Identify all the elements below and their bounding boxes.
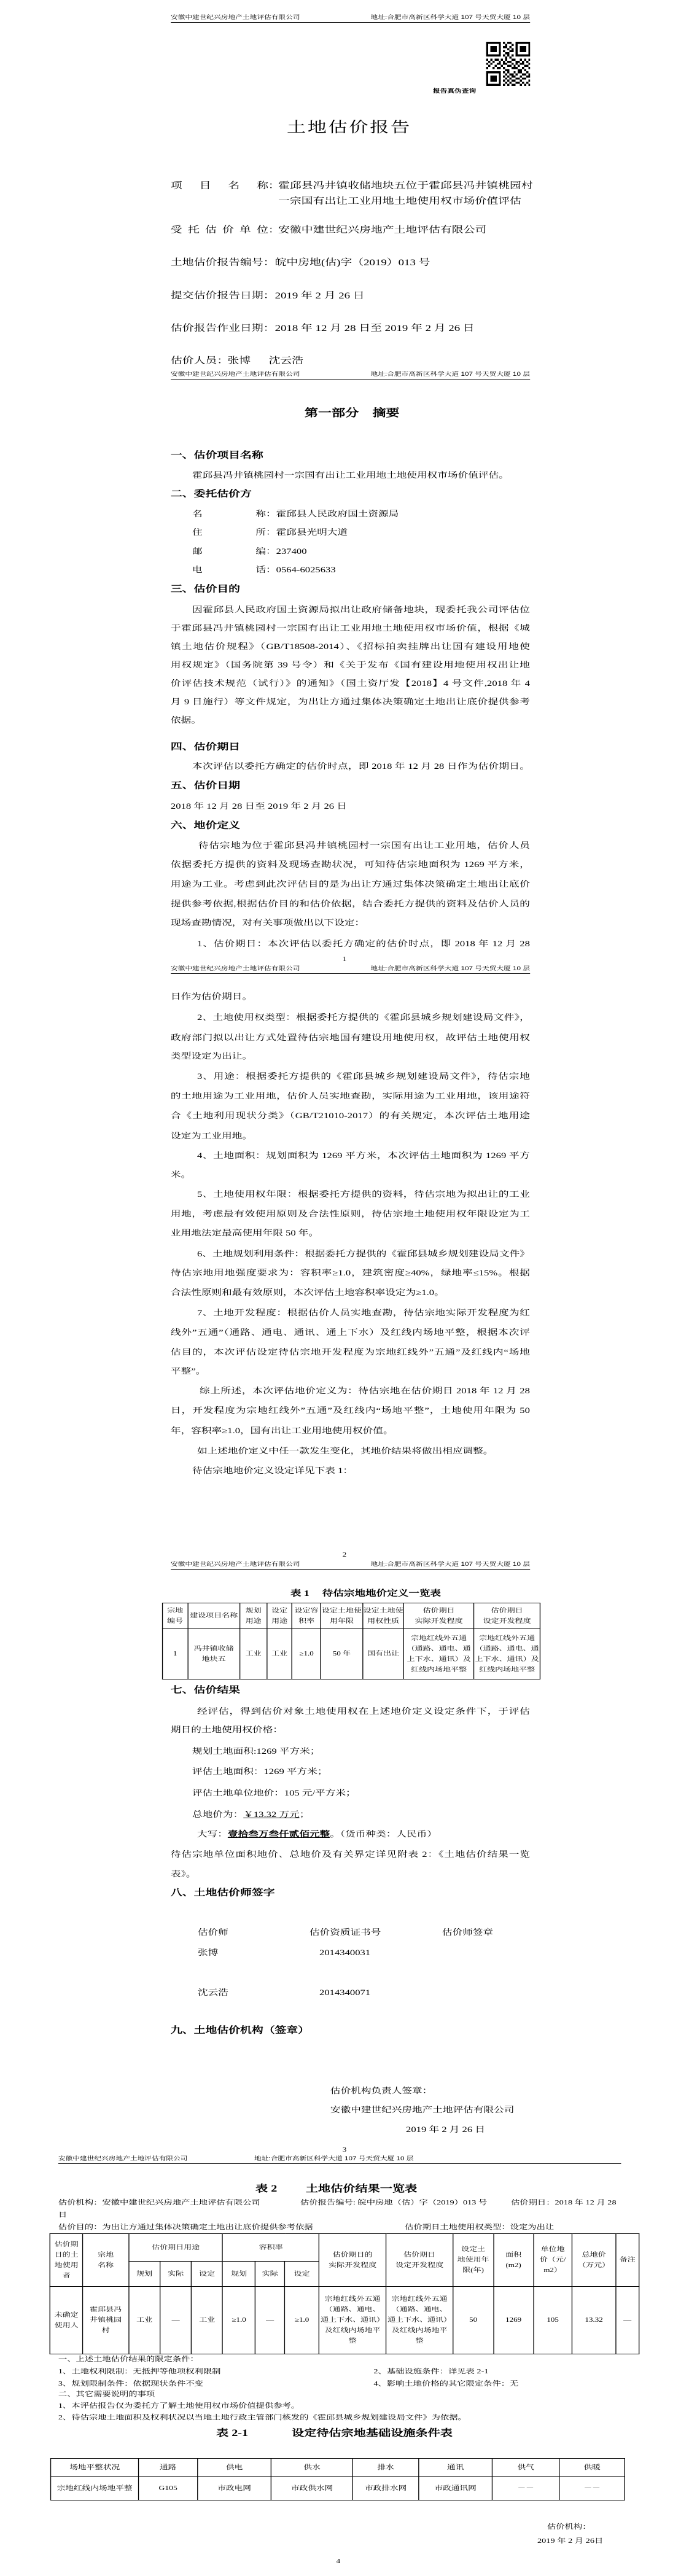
list-item-line: 业用地法定最高使用年限 50 年。 <box>171 1227 319 1239</box>
client-field-label: 住所 <box>192 526 266 539</box>
page-header: 安徽中建世纪兴房地产土地评估有限公司 地址:合肥市高新区科学大道 107 号天贸… <box>171 1560 530 1570</box>
notes-heading: 一、上述土地估价结果的限定条件： <box>58 2354 199 2365</box>
table2-1-header-cell: 通路 <box>139 2459 198 2477</box>
project-name-value-line: 霍邱县冯井镇收储地块五位于霍邱县冯井镇桃园村 <box>278 179 533 193</box>
table2-date: 估价期日：2018 年 12 月 28 <box>511 2197 617 2208</box>
table1-header-cell: 设定 用途 <box>267 1603 292 1629</box>
table2-subheader-cell: 实际 <box>160 2262 192 2287</box>
list-item-line: 估目的，本次评估设定待估宗地开发程度为宗地红线外”五通”及红线内“场地 <box>171 1346 530 1358</box>
table2-1-header-cell: 供气 <box>492 2459 559 2477</box>
table1: 宗地 编号 建设项目名称 规划 用途 设定 用途 设定容 积率 设定土地使 用年… <box>162 1603 540 1679</box>
planned-area: 规划土地面积:1269 平方米； <box>192 1745 320 1757</box>
client-field-value: 237400 <box>276 547 307 556</box>
list-item-line: 待估宗地用地强度要求为：容积率≥1.0，建筑密度≥40%，绿地率≤15%。根据 <box>171 1267 530 1279</box>
table2-cell: 宗地红线外五通 （通路、通电、 通上下水、通讯） 及红线内场地平 整 <box>386 2287 453 2354</box>
paragraph-line: 待估宗地地价定义设定详见下表 1： <box>192 1465 353 1477</box>
entrusted-unit-value: 安徽中建世纪兴房地产土地评估有限公司 <box>278 224 486 237</box>
paragraph-line: 2018 年 12 月 28 日至 2019 年 2 月 26 日 <box>171 800 347 812</box>
table2-1-cell: 宗地红线内场地平整 <box>51 2477 139 2500</box>
paragraph-line: 待估宗地单位面积地价、总地价及有关界定详见附表 2：《土地估价结果一览 <box>171 1848 530 1861</box>
table2-title: 土地估价结果一览表 <box>306 2182 417 2196</box>
table2-subheader-cell: 设定 <box>192 2262 223 2287</box>
list-item-line: 6、土地规划利用条件：根据委托方提供的《霍邱县城乡规划建设局文件》 <box>197 1248 530 1260</box>
signature-column-header: 估价师签章 <box>442 1926 493 1939</box>
list-item-line: 1、估价期日：本次评估以委托方确定的估价时点，即 2018 年 12 月 28 <box>197 938 530 950</box>
table2-cell: 13.32 <box>572 2287 616 2354</box>
qr-code-icon <box>486 42 530 86</box>
table2-org: 估价机构：安徽中建世纪兴房地产土地评估有限公司 <box>58 2197 260 2208</box>
notes-heading: 二、其它需要说明的事项 <box>58 2389 155 2400</box>
table1-header-cell: 建设项目名称 <box>188 1603 240 1629</box>
list-item-line: 5、土地使用权年限：根据委托方提供的资料，待估宗地为拟出让的工业 <box>197 1188 530 1200</box>
list-item-line: 类型设定为出让。 <box>171 1050 252 1062</box>
header-address: 地址:合肥市高新区科学大道 107 号天贸大厦 10 层 <box>371 370 530 378</box>
colon: ： <box>266 510 276 518</box>
capital-label: 大写： <box>197 1830 228 1839</box>
paragraph-line: 镇土地估价规程》（GB/T18508-2014）、《招标拍卖挂牌出让国有建设用地… <box>171 640 530 653</box>
table1-label: 表 1 <box>290 1587 309 1600</box>
table2-cell: 工业 <box>129 2287 160 2354</box>
table1-cell: 国有出让 <box>363 1629 404 1679</box>
table2-1-label: 表 2-1 <box>216 2427 248 2440</box>
table2-header-cell: 面积 (m2) <box>494 2234 534 2287</box>
client-row: 电话：0564-6025633 <box>192 564 336 576</box>
report-document: 安徽中建世纪兴房地产土地评估有限公司 地址:合肥市高新区科学大道 107 号天贸… <box>0 0 689 2576</box>
restriction-item: 3、规划限制条件：依据现状条件不变 <box>58 2378 203 2389</box>
table2-cell: ≥1.0 <box>285 2287 319 2354</box>
table2-right-type: 估价期日土地使用权类型：设定为出让 <box>405 2222 554 2233</box>
qr-caption: 报告真伪查询 <box>433 87 476 95</box>
submit-date-value: 2019 年 2 月 26 日 <box>275 291 365 301</box>
colon: ： <box>266 528 276 537</box>
list-item-line: 的土地用途为工业用地，估价人员实地查勘，实际用途为工业用地，该用途符 <box>171 1090 530 1102</box>
list-item-line: 合《土地利用现状分类》（GB/T21010-2017）的有关规定，本次评估土地用… <box>171 1110 530 1122</box>
list-item-line: 合法性原则和最有效原则，本次评估土地容积率设定为≥1.0。 <box>171 1286 445 1299</box>
client-field-value: 霍邱县光明大道 <box>276 528 348 537</box>
client-row: 名称：霍邱县人民政府国土资源局 <box>192 508 399 520</box>
table1-title: 待估宗地地价定义一览表 <box>322 1587 441 1600</box>
page-header: 安徽中建世纪兴房地产土地评估有限公司 地址:合肥市高新区科学大道 107 号天贸… <box>58 2155 621 2164</box>
page-number: 2 <box>329 1551 360 1560</box>
header-company: 安徽中建世纪兴房地产土地评估有限公司 <box>58 2155 188 2163</box>
client-field-value: 霍邱县人民政府国土资源局 <box>276 510 399 518</box>
cover-entrusted-unit: 受托估价单位： <box>171 224 280 237</box>
table2-1-header-row: 场地平整状况 通路 供电 供水 排水 通讯 供气 供暖 <box>51 2459 625 2477</box>
table2-cell: — <box>255 2287 285 2354</box>
table2-cell: 霍邱县冯 井镇桃园 村 <box>83 2287 129 2354</box>
table2-1-cell: 市政排水网 <box>353 2477 419 2500</box>
sign-date: 2019 年 2 月 26 日 <box>406 2123 485 2136</box>
client-field-label: 邮编 <box>192 545 266 558</box>
paragraph-line: 现场查勘情况，对有关事项做出以下设定： <box>171 917 365 929</box>
total-price-value: ￥13.32 万元 <box>243 1810 300 1819</box>
list-item-line: 3、用途：根据委托方提供的《霍邱县城乡规划建设局文件》，待估宗地 <box>197 1070 530 1083</box>
restriction-item: 1、土地权利限制：无抵押等他项权利限制 <box>58 2366 221 2377</box>
table1-header-cell: 设定土地使 用权性质 <box>363 1603 404 1629</box>
section-heading: 二、委托估价方 <box>171 488 252 501</box>
closing-org-label: 估价机构： <box>547 2521 591 2532</box>
work-period-value: 2018 年 12 月 28 日至 2019 年 2 月 26 日 <box>275 324 475 333</box>
table2-1-header-cell: 排水 <box>353 2459 419 2477</box>
paragraph-line: 依据。 <box>171 714 201 726</box>
table2-1-header-cell: 通讯 <box>419 2459 492 2477</box>
table2-header-cell: 设定土 地使用年 限(年) <box>453 2234 494 2287</box>
table2-cell: 宗地红线外五通 （通路、通电、 通上下水、通讯） 及红线内场地平 整 <box>319 2287 386 2354</box>
table2-subheader-cell: 设定 <box>285 2262 319 2287</box>
page-number: 1 <box>329 955 360 965</box>
restriction-item: 2、基础设施条件：详见表 2-1 <box>373 2366 488 2377</box>
table2-1-cell: －－ <box>559 2477 625 2500</box>
list-item-line: 日作为估价期日。 <box>171 990 252 1003</box>
table2-subheader-cell: 规划 <box>223 2262 255 2287</box>
table2-1: 场地平整状况 通路 供电 供水 排水 通讯 供气 供暖 宗地红线内场地平整 G1… <box>50 2458 625 2500</box>
page-number: 4 <box>322 2557 354 2567</box>
list-item-line: 用地，考虑最有效使用原则及合法性原则，待估宗地土地使用权年限设定为工 <box>171 1208 530 1220</box>
paragraph-line: 年，容积率≥1.0，国有出让工业用地使用权价值。 <box>171 1425 394 1437</box>
header-company: 安徽中建世纪兴房地产土地评估有限公司 <box>171 965 300 973</box>
paragraph-line: 因霍邱县人民政府国土资源局拟出让政府储备地块，现委托我公司评估位 <box>192 604 530 616</box>
table2-cell: 工业 <box>192 2287 223 2354</box>
paragraph-line: 用途为工业。考虑到此次评估目的是为出让方通过集体决策确定土地出让底价 <box>171 878 530 890</box>
table1-cell: 冯井镇收储 地块五 <box>188 1629 240 1679</box>
table1-header-cell: 估价期日 设定开发程度 <box>474 1603 540 1629</box>
cover-appraiser-name: 张博 <box>228 354 251 368</box>
signature-column-header: 估价师 <box>198 1926 228 1939</box>
table2-header-cell: 估价期 日的土 地使用 者 <box>50 2234 83 2287</box>
total-price-suffix: ； <box>300 1810 310 1819</box>
cover-project-name: 项目名称： <box>171 179 280 193</box>
header-address: 地址:合肥市高新区科学大道 107 号天贸大厦 10 层 <box>371 1560 530 1568</box>
list-item-line: 米。 <box>171 1169 191 1181</box>
paragraph-line: 期日的土地使用权价格： <box>171 1724 283 1736</box>
list-item-line: 设定为工业用地。 <box>171 1130 252 1142</box>
total-price: 总地价为：￥13.32 万元； <box>192 1808 309 1821</box>
table2-header-cell: 估价期日 设定开发程度 <box>386 2234 453 2287</box>
table2-1-header-cell: 供暖 <box>559 2459 625 2477</box>
header-company: 安徽中建世纪兴房地产土地评估有限公司 <box>171 1560 300 1568</box>
colon: ： <box>266 566 276 574</box>
table1-cell: ≥1.0 <box>292 1629 321 1679</box>
closing-date: 2019 年 2 月 26日 <box>537 2535 603 2547</box>
part-title: 第一部分 摘要 <box>305 406 400 421</box>
appraised-area: 评估土地面积：1269 平方米； <box>192 1765 327 1778</box>
list-item-line: 4、土地面积：规划面积为 1269 平方米，本次评估土地面积为 1269 平方 <box>197 1150 530 1162</box>
table2-1-header-cell: 场地平整状况 <box>51 2459 139 2477</box>
table2-header-cell: 备注 <box>616 2234 639 2287</box>
section-heading: 四、估价期日 <box>171 741 240 754</box>
other-note-item: 1、本评估报告仅为委托方了解土地使用权市场价值提供参考。 <box>58 2400 300 2411</box>
section-heading: 七、估价结果 <box>171 1684 240 1697</box>
cover-work-period: 估价报告作业日期：2018 年 12 月 28 日至 2019 年 2 月 26… <box>171 322 475 335</box>
table1-cell: 宗地红线外五通 （通路、通电、通 上下水、通讯）及 红线内场地平整 <box>474 1629 540 1679</box>
table1-cell: 宗地红线外五通 （通路、通电、通 上下水、通讯）及 红线内场地平整 <box>404 1629 474 1679</box>
section-heading: 八、土地估价师签字 <box>171 1886 275 1900</box>
section-heading: 一、估价项目名称 <box>171 449 263 462</box>
sign-org: 安徽中建世纪兴房地产土地评估有限公司 <box>330 2104 514 2116</box>
paragraph-line: 表》。 <box>171 1868 197 1880</box>
submit-date-label: 提交估价报告日期： <box>171 291 275 301</box>
paragraph-line: 提供参考依据,根据估价目的和估价依据，结合委托方提供的资料及估价人员的 <box>171 898 530 910</box>
table2-cell: 1269 <box>494 2287 534 2354</box>
header-company: 安徽中建世纪兴房地产土地评估有限公司 <box>171 370 300 378</box>
project-name-value-line: 一宗国有出让工业用地土地使用权市场价值评估 <box>278 195 521 208</box>
table1-cell: 50 年 <box>321 1629 363 1679</box>
client-row: 邮编：237400 <box>192 545 307 558</box>
table2-1-cell: －－ <box>492 2477 559 2500</box>
paragraph-line: 价评估技术规范（试行）》的通知》（国土资厅发【2018】4 号文件,2018 年… <box>171 677 530 690</box>
colon: ： <box>266 547 276 556</box>
client-field-label: 电话 <box>192 564 266 576</box>
appraiser-cert-no: 2014340071 <box>319 1986 370 1999</box>
table2-1-cell: 市政通讯网 <box>419 2477 492 2500</box>
table1-header-cell: 规划 用途 <box>240 1603 267 1629</box>
unit-price: 评估土地单位地价：105 元/平方米； <box>192 1787 356 1799</box>
page-header: 安徽中建世纪兴房地产土地评估有限公司 地址:合肥市高新区科学大道 107 号天贸… <box>171 14 530 23</box>
total-price-capital: 大写：壹拾叁万叁仟贰佰元整。（货币种类：人民币） <box>197 1828 437 1840</box>
paragraph-line: 如上述地价定义中任一款发生变化，其地价结果将做出相应调整。 <box>197 1445 493 1457</box>
report-no-label: 土地估价报告编号： <box>171 258 275 268</box>
sign-label: 估价机构负责人签章： <box>330 2085 432 2097</box>
other-note-item: 2、待估宗地土地面积及权利状况以当地土地行政主管部门核发的《霍邱县城乡规划建设局… <box>58 2412 467 2423</box>
header-address: 地址:合肥市高新区科学大道 107 号天贸大厦 10 层 <box>371 965 530 973</box>
table2-row: 未确定 使用人 霍邱县冯 井镇桃园 村 工业 — 工业 ≥1.0 — ≥1.0 … <box>50 2287 639 2354</box>
client-row: 住所：霍邱县光明大道 <box>192 526 348 539</box>
paragraph-line: 经评估，得到估价对象土地使用权在上述地价定义设定条件下，于评估 <box>197 1705 530 1718</box>
table2: 估价期 日的土 地使用 者 宗地 名称 估价期日用途 容积率 估价期日的 实际开… <box>50 2233 639 2354</box>
table2-date-wrap: 日 <box>58 2209 67 2220</box>
table2-1-cell: 市政供水网 <box>271 2477 353 2500</box>
table1-header-cell: 宗地 编号 <box>163 1603 188 1629</box>
table2-header-group: 容积率 <box>223 2234 319 2262</box>
appraiser-name: 沈云浩 <box>198 1986 228 1999</box>
report-title: 土地估价报告 <box>287 118 411 138</box>
section-heading: 六、地价定义 <box>171 819 240 833</box>
table2-1-header-cell: 供电 <box>198 2459 271 2477</box>
work-period-label: 估价报告作业日期： <box>171 324 275 333</box>
capital-suffix: 。（货币种类：人民币） <box>330 1830 437 1839</box>
paragraph-line: 月 9 日施行）等文件规定，为出让方通过集体决策确定土地出让底价提供参考 <box>171 696 530 708</box>
table2-header-cell: 估价期日的 实际开发程度 <box>319 2234 386 2287</box>
section-heading: 九、土地估价机构（签章） <box>171 2024 309 2037</box>
table2-header-group: 估价期日用途 <box>129 2234 223 2262</box>
table2-subheader-cell: 规划 <box>129 2262 160 2287</box>
capital-value: 壹拾叁万叁仟贰佰元整 <box>228 1830 330 1839</box>
list-item-line: 政府部门拟以出让方式处置待估宗地国有建设用地使用权，故评估土地使用权 <box>171 1032 530 1044</box>
entrusted-unit-label: 受托估价单位 <box>171 224 268 237</box>
header-address: 地址:合肥市高新区科学大道 107 号天贸大厦 10 层 <box>254 2155 413 2163</box>
cover-appraiser-name: 沈云浩 <box>268 354 303 368</box>
table2-header-row: 估价期 日的土 地使用 者 宗地 名称 估价期日用途 容积率 估价期日的 实际开… <box>50 2234 639 2262</box>
table1-row: 1 冯井镇收储 地块五 工业 工业 ≥1.0 50 年 国有出让 宗地红线外五通… <box>163 1629 540 1679</box>
table2-cell: 50 <box>453 2287 494 2354</box>
table2-cell: — <box>616 2287 639 2354</box>
appraiser-name: 张博 <box>198 1947 218 1959</box>
appraiser-cert-no: 2014340031 <box>319 1947 370 1959</box>
table1-cell: 工业 <box>240 1629 267 1679</box>
table2-subheader-cell: 实际 <box>255 2262 285 2287</box>
paragraph-line: 用权规定》（国务院第 39 号令）和《关于发布《国有建设用地使用权出让地 <box>171 659 530 671</box>
list-item-line: 7、土地开发程度：根据估价人员实地查勘，待估宗地实际开发程度为红 <box>197 1307 530 1319</box>
page-header: 安徽中建世纪兴房地产土地评估有限公司 地址:合肥市高新区科学大道 107 号天贸… <box>171 965 530 974</box>
cover-report-no: 土地估价报告编号：皖中房地(估)字（2019）013 号 <box>171 256 430 270</box>
paragraph-line: 本次评估以委托方确定的估价时点，即 2018 年 12 月 28 日作为估价期日… <box>192 760 530 772</box>
signature-column-header: 估价资质证书号 <box>309 1926 381 1939</box>
table1-header-cell: 估价期日 实际开发程度 <box>404 1603 474 1629</box>
restriction-item: 4、影响土地价格的其它限定条件：无 <box>373 2378 518 2389</box>
paragraph-line: 依据委托方提供的资料及现场查勘状况，可知待估宗地面积为 1269 平方米， <box>171 858 530 871</box>
section-heading: 三、估价目的 <box>171 583 240 596</box>
project-name-label: 项目名称 <box>171 179 268 193</box>
paragraph-line: 日，开发程度为宗地红线外”五通”及红线内“场地平整”，土地使用年限为 50 <box>171 1404 530 1417</box>
paragraph-line: 霍邱县冯井镇桃园村一宗国有出让工业用地土地使用权市场价值评估。 <box>192 469 509 481</box>
cover-submit-date: 提交估价报告日期：2019 年 2 月 26 日 <box>171 289 365 303</box>
table2-1-cell: G105 <box>139 2477 198 2500</box>
total-price-label: 总地价为： <box>192 1810 243 1819</box>
cover-appraisers-label: 估价人员： <box>171 354 228 368</box>
table1-cell: 1 <box>163 1629 188 1679</box>
table2-1-title: 设定待估宗地基础设施条件表 <box>292 2427 453 2440</box>
report-no-value: 皖中房地(估)字（2019）013 号 <box>275 258 430 268</box>
client-field-value: 0564-6025633 <box>276 566 336 574</box>
table2-1-header-cell: 供水 <box>271 2459 353 2477</box>
page-number: 3 <box>329 2146 360 2155</box>
table1-header-cell: 设定土地使 用年限 <box>321 1603 363 1629</box>
table2-cell: 未确定 使用人 <box>50 2287 83 2354</box>
table2-purpose: 估价目的：为出让方通过集体决策确定土地出让底价提供参考依据 <box>58 2222 313 2233</box>
table2-header-cell: 单位地 价（元/ m2） <box>534 2234 572 2287</box>
table2-cell: ≥1.0 <box>223 2287 255 2354</box>
table1-header-cell: 设定容 积率 <box>292 1603 321 1629</box>
section-heading: 五、估价日期 <box>171 779 240 793</box>
client-field-label: 名称 <box>192 508 266 520</box>
qr-code <box>486 42 530 86</box>
table2-1-cell: 市政电网 <box>198 2477 271 2500</box>
table1-cell: 工业 <box>267 1629 292 1679</box>
header-company: 安徽中建世纪兴房地产土地评估有限公司 <box>171 14 300 21</box>
table2-report-no: 估价报告编号: 皖中房地（估）字（2019）013 号 <box>300 2197 487 2208</box>
paragraph-line: 于霍邱县冯井镇桃园村一宗国有出让工业用地土地使用权市场价值，根据《城 <box>171 622 530 634</box>
table2-1-row: 宗地红线内场地平整 G105 市政电网 市政供水网 市政排水网 市政通讯网 －－… <box>51 2477 625 2500</box>
paragraph-line: 待估宗地为位于霍邱县冯井镇桃园村一宗国有出让工业用地，估价人员 <box>198 839 530 852</box>
table2-header-cell: 总地价 （万元） <box>572 2234 616 2287</box>
table2-cell: 105 <box>534 2287 572 2354</box>
table2-header-cell: 宗地 名称 <box>83 2234 129 2287</box>
table2-label: 表 2 <box>255 2182 277 2196</box>
list-item-line: 线外”五通”（通路、通电、通讯、通上下水）及红线内场地平整，根据本次评 <box>171 1326 530 1339</box>
list-item-line: 2、土地使用权类型：根据委托方提供的《霍邱县城乡规划建设局文件》， <box>197 1011 530 1024</box>
page-header: 安徽中建世纪兴房地产土地评估有限公司 地址:合肥市高新区科学大道 107 号天贸… <box>171 370 530 379</box>
table1-header-row: 宗地 编号 建设项目名称 规划 用途 设定 用途 设定容 积率 设定土地使 用年… <box>163 1603 540 1629</box>
table2-cell: — <box>160 2287 192 2354</box>
header-address: 地址:合肥市高新区科学大道 107 号天贸大厦 10 层 <box>371 14 530 21</box>
paragraph-line: 综上所述，本次评估地价定义为：待估宗地在估价期日 2018 年 12 月 28 <box>200 1385 530 1397</box>
list-item-line: 平整”。 <box>171 1365 206 1377</box>
